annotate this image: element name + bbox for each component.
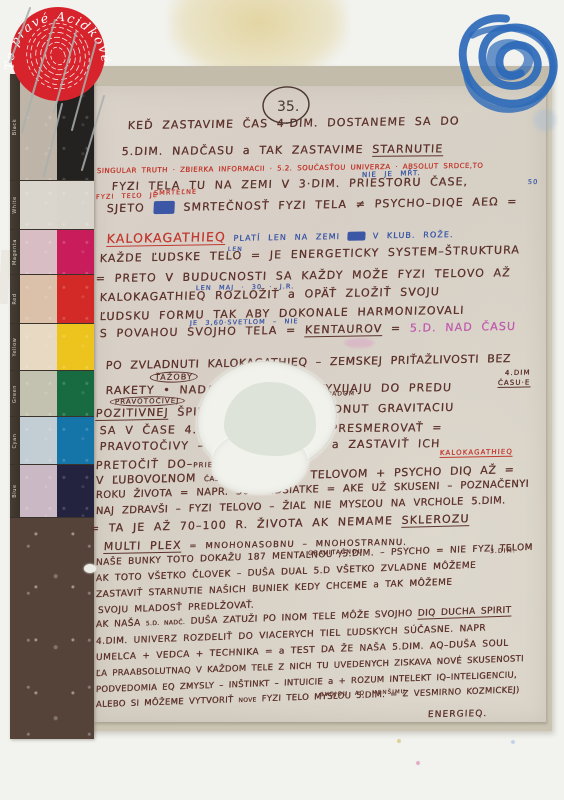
manuscript-line: PO ZVLADNUTI KALOKAGATHIEQ – ZEMSKEJ PRI… <box>105 352 511 372</box>
white-spot <box>84 564 96 573</box>
manuscript-text-part: SMRTEČNOSŤ FYZI TELA ≠ PSYCHO–DIQE ΑΕΩ = <box>174 195 517 214</box>
paper-hole-inner <box>224 382 316 456</box>
manuscript-text-part: DIQ DUCHA SPIRIT <box>417 605 511 619</box>
manuscript-text-part: 50 <box>527 178 538 186</box>
scratch-marks <box>0 0 200 330</box>
manuscript-text-part: 5.D. NAD ČASU <box>409 320 516 335</box>
manuscript-text-part: SVOJU MLADOSŤ PREDLŽOVAŤ. <box>98 601 255 616</box>
manuscript-line: KALOKAGATHIEQ <box>440 448 513 457</box>
scanned-manuscript-artwork: BlackWhiteMagentaRedYellowGreenCyanBlue … <box>0 0 564 800</box>
manuscript-text-part: MULTI PLEX <box>103 539 182 554</box>
manuscript-text-part: KALOKAGATHIEQ <box>440 448 514 458</box>
blue-marker-scribble <box>443 4 564 130</box>
manuscript-line: 50 <box>527 178 538 186</box>
manuscript-text-part: V ĽUBOVOĽNOM <box>95 471 204 487</box>
manuscript-text-part: PLATÍ LEN NA ZEMI <box>225 232 347 243</box>
manuscript-text-part: ALEBO SI MÔŽEME VYTVORIŤ <box>96 695 239 710</box>
manuscript-text-part: = <box>382 322 410 335</box>
manuscript-text-part: SKLEROZU <box>401 512 470 528</box>
manuscript-text-part: AK NAŠA <box>96 618 146 630</box>
manuscript-text-part: 4.DIM <box>505 369 531 377</box>
manuscript-line: ČASU·E <box>498 378 531 387</box>
manuscript-line: 4.DIM <box>505 369 531 377</box>
manuscript-text-part: ŤAŽOBY <box>149 371 198 383</box>
manuscript-text-part: ENERGIEQ. <box>427 709 487 720</box>
manuscript-text-part: = TA JE AŽ 70–100 R. ŽIVOTA AK NEMAME <box>89 514 401 535</box>
manuscript-line: ŤAŽOBY <box>150 372 199 382</box>
page-number-circle: 35. <box>258 83 314 131</box>
manuscript-text-part: STARNUTIE <box>372 142 444 157</box>
manuscript-text-part: FYZI TELO MYSĽOU 5.DIM. = Z VESMIRNO KOZ… <box>256 685 519 704</box>
manuscript-line: SVOJU MLADOSŤ PREDLŽOVAŤ. <box>98 601 255 616</box>
manuscript-text-part: ▬▬ <box>347 231 365 240</box>
pink-ink-smear <box>344 338 374 348</box>
manuscript-text-part: V KLUB. ROŽE. <box>365 230 454 241</box>
page-number: 35. <box>277 99 299 115</box>
manuscript-text-part: PRETOČIŤ DO– <box>95 457 193 472</box>
manuscript-text-part: ROZLOŽIŤ a OPÄŤ ZLOŽIŤ SVOJU <box>206 285 440 302</box>
manuscript-text-part: PO ZVLADNUTI KALOKAGATHIEQ – ZEMSKEJ PRI… <box>105 352 511 372</box>
manuscript-text-part: POZITIVNEJ <box>95 406 169 421</box>
manuscript-line: ENERGIEQ. <box>427 709 487 720</box>
manuscript-line: PRAVOTOČIVEJ <box>110 397 185 406</box>
manuscript-text-part: 5.D. NADČ. <box>146 619 186 627</box>
manuscript-text-part: ČASU·E <box>498 378 531 388</box>
manuscript-text-part: KENTAUROV <box>304 322 382 337</box>
manuscript-text-part: NOVE <box>238 696 256 704</box>
